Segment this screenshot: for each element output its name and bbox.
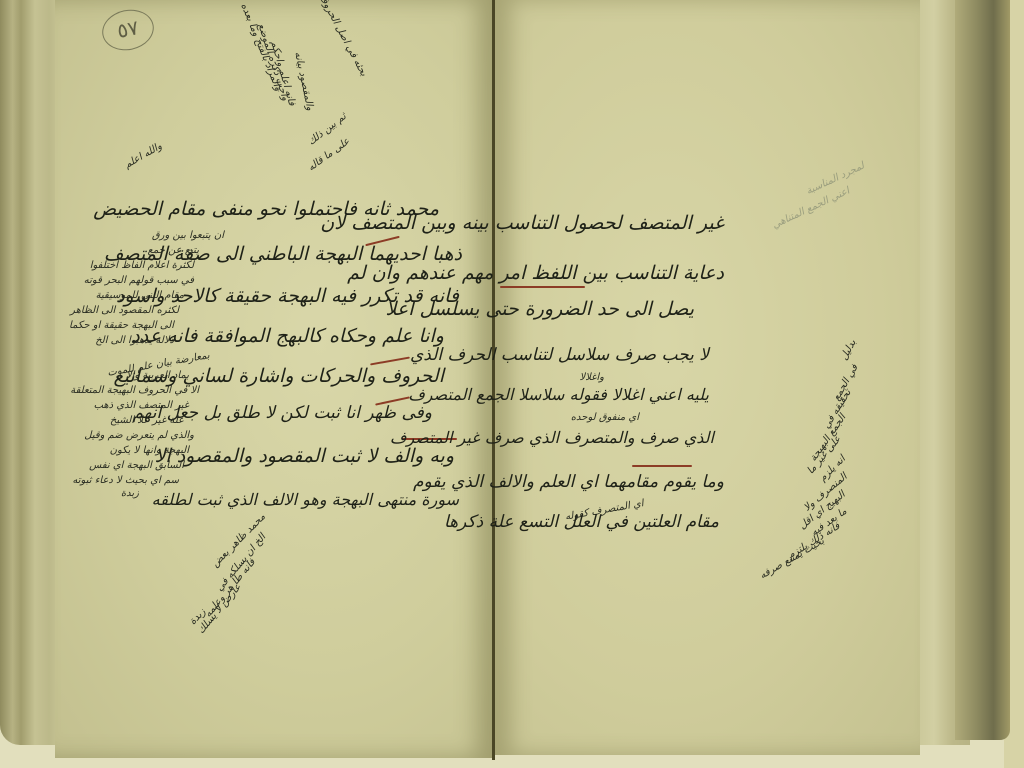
margin-gloss: غير المتصف الذي ذهب (94, 400, 189, 411)
margin-gloss: يتبع عن جمع (148, 245, 199, 256)
main-text-line: وما يقوم مقامهما اي العلم والالف الذي يق… (413, 472, 724, 492)
main-text-line: يليه اعني اغلالا فقوله سلاسلا الجمع المت… (408, 385, 709, 404)
margin-gloss: في سبب قولهم البحر قوته (84, 275, 194, 286)
margin-gloss: البهجة وانها لا يكون (110, 445, 189, 456)
main-text-line: وبه والف لا ثبت المقصود والمقصود الا (155, 445, 454, 467)
margin-gloss: الا في الحروف البهيجة المتعلقة (70, 385, 199, 396)
main-text-line: يصل الى حد الضرورة حتى يسلسل اعلا (386, 298, 694, 320)
rubric-overline (632, 465, 692, 467)
manuscript-photo: ٥٧ بحثه في اصل الحروف والكلمات والاخير و… (0, 0, 1024, 768)
main-text-line: سورة منتهى البهجة وهو الالف الذي ثبت لطل… (152, 490, 459, 509)
right-page (495, 0, 920, 755)
margin-gloss: ان يتبعوا بين ورق (152, 230, 224, 241)
rubric-overline (500, 286, 585, 288)
margin-gloss: دلالة يذهبوا الى الخ (95, 335, 174, 346)
main-text-line: الذي صرف والمتصرف الذي صرف غير المتصرف (390, 428, 714, 447)
main-text-line: لا يجب صرف سلاسل لتناسب الحرف الذي (410, 345, 709, 365)
interlinear-gloss: واغلالا (579, 372, 604, 383)
margin-gloss: السابق البهجة اي نفس (89, 460, 184, 471)
margin-gloss: الى البهجة حقيقة او حكما (69, 320, 174, 331)
margin-gloss: لكثره المقصود الى الظاهر (70, 305, 179, 316)
main-text-line: مقام العلتين في العلل التسع علة ذكرها (444, 512, 719, 532)
interlinear-gloss: اي منفوق لوحده (571, 412, 639, 423)
margin-gloss: علة غير علا الشيخ (110, 415, 184, 426)
main-text-line: غير المتصف لحصول التناسب بينه وبين المتص… (320, 212, 724, 234)
book-edge-right (955, 0, 1010, 740)
margin-gloss: سم اي بحيث لا دعاء ثبوته (72, 475, 179, 486)
margin-gloss: بماد العربية والا (126, 370, 189, 381)
margin-gloss: زبدة (121, 488, 139, 499)
margin-gloss: والذي لم يتعرض ضم وقيل (84, 430, 194, 441)
margin-gloss: لكثرة اعلام الفاظ اختلفوا (90, 260, 194, 271)
main-text-line: دعاية التناسب بين اللفظ امر مهم عندهم وا… (347, 262, 724, 284)
margin-gloss: مقام البني للموسيقية (96, 290, 184, 301)
main-text-line: وانا علم وحكاه كالبهج الموافقة فانه عدد (131, 325, 444, 347)
